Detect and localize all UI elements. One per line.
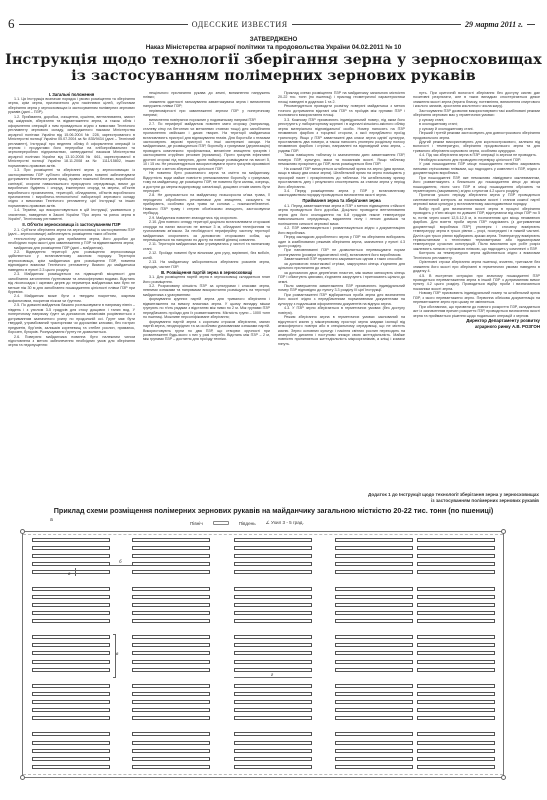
grain-sleeve [335, 692, 413, 696]
grain-sleeve [234, 546, 312, 550]
grain-sleeve [132, 570, 210, 574]
grain-sleeve [132, 749, 210, 753]
divider [19, 24, 188, 25]
grain-sleeve [32, 749, 110, 753]
dimension-label-v: в [68, 571, 70, 576]
grain-sleeve [234, 651, 312, 655]
paragraph: При наповнюванні ПЗР не дозволяється пер… [278, 248, 405, 257]
grain-sleeve [132, 765, 210, 769]
grain-sleeve [32, 595, 110, 599]
paragraph: При обставинах, що призвели до повного р… [413, 305, 540, 318]
paragraph: 2.3. Майданчик розміщується на підвищені… [8, 272, 135, 294]
paragraph: 2.8. Не допускається на майданчику низьк… [143, 193, 270, 215]
paragraph: Не повинно бути розсипаного зерна та смі… [143, 171, 270, 193]
grain-sleeve [234, 660, 312, 664]
grain-sleeve [32, 708, 110, 712]
grain-sleeve [32, 757, 110, 761]
paragraph: 1.4. Терміни, що використовуються в цій … [8, 208, 135, 221]
section-heading: Приймання зерна та зберігання зерна [278, 198, 405, 203]
article-body: І. Загальні положення 1.1. Ця Інструкція… [8, 91, 540, 494]
grain-sleeve [132, 684, 210, 688]
grain-sleeve [234, 635, 312, 639]
grain-sleeve [417, 562, 495, 566]
dimension-line-g [234, 677, 312, 678]
grain-sleeve [132, 538, 210, 542]
grain-sleeve [417, 554, 495, 558]
paragraph: 3.4. Перед розміщенням зерна у ПЗР у вст… [278, 189, 405, 198]
grain-sleeve [32, 562, 110, 566]
grain-sleeve [132, 692, 210, 696]
grain-sleeve [417, 570, 495, 574]
paragraph: 4.2. ПЗР завантажуються і розвантажуютьс… [278, 226, 405, 235]
fence-top [23, 534, 503, 535]
divider [527, 24, 535, 25]
grain-sleeve [32, 741, 110, 745]
appendix-line-2: із застосуванням полімерних зернових рук… [368, 498, 539, 504]
paragraph: нуть. При критичній вологості зберігання… [413, 91, 540, 109]
title-line-2: із застосуванням полімерних зернових рук… [0, 68, 547, 84]
fence-post-icon [501, 775, 506, 780]
paragraph: нещільного прилягання рукава до землі, в… [143, 91, 270, 100]
paragraph: 1.2. Приймання, доробка, очищення, сушін… [8, 115, 135, 168]
approved-label: ЗАТВЕРДЖЕНО [0, 36, 547, 43]
appendix-label: Додаток 1 до Інструкції щодо технології … [368, 492, 539, 504]
grain-sleeve [335, 562, 413, 566]
paragraph: Протягом усього періоду зберігання зерна… [413, 193, 540, 206]
divider [292, 24, 461, 25]
order-reference: Наказ Міністерства аграрної політики та … [0, 44, 547, 51]
grain-sleeve [234, 668, 312, 672]
grain-sleeve [335, 700, 413, 704]
paragraph: Перед закладкою доробленого зерна у ПЗР … [278, 235, 405, 248]
paragraph: нерівномірності при завантаженні зерном … [143, 109, 270, 118]
grain-sleeve [417, 538, 495, 542]
column-4: нуть. При критичній вологості зберігання… [413, 91, 540, 494]
grain-sleeve [335, 684, 413, 688]
grain-sleeve [335, 643, 413, 647]
paragraph: 4.1. Перед завантаженням зерна в ПЗР з м… [278, 204, 405, 226]
grain-sleeve [234, 562, 312, 566]
grain-sleeve [417, 595, 495, 599]
paragraph: 2.6. Поверхня майданчика повинна бути на… [8, 335, 135, 348]
paragraph: формування крупних партій зерна для трив… [143, 297, 270, 319]
grain-sleeve [234, 643, 312, 647]
grain-sleeve [132, 708, 210, 712]
legend-south: Південь [239, 521, 256, 526]
grain-sleeve [32, 651, 110, 655]
grain-sleeve [335, 546, 413, 550]
grain-sleeve [417, 611, 495, 615]
grain-sleeve [132, 732, 210, 736]
grain-sleeve [132, 651, 210, 655]
fence-bottom [23, 774, 503, 775]
grain-sleeve [32, 587, 110, 591]
paragraph: 2.10. Для повного огляду території доціл… [143, 220, 270, 242]
paragraph: 2.2. Відведення території для розміщення… [8, 250, 135, 272]
grain-sleeve [234, 684, 312, 688]
grain-sleeve [32, 660, 110, 664]
column-3: Приклад схеми розміщення ПЗР на майданчи… [278, 91, 405, 494]
paragraph: формування партій зерна з коротким строк… [143, 320, 270, 342]
grain-sleeve [234, 741, 312, 745]
paragraph: технологічну дільницю для приймання зерн… [8, 237, 135, 246]
dimension-line-b [110, 565, 132, 566]
grain-sleeve [335, 716, 413, 720]
section-heading: І. Загальні положення [8, 92, 135, 97]
paragraph: 4.5. В екстрених ситуаціях при значному … [413, 274, 540, 292]
grain-sleeve [132, 643, 210, 647]
grain-sleeve [417, 716, 495, 720]
paragraph: Вибір проб для визначення якості зерна в… [413, 207, 540, 252]
paragraph: Приклад схеми розміщення ПЗР на майданчи… [278, 91, 405, 104]
paragraph: Контроль за температурою зерна здійснюєт… [413, 251, 540, 260]
grain-sleeve [132, 668, 210, 672]
paragraph: 2.12. Проїзди повинні бути вільними для … [143, 251, 270, 260]
grain-sleeve [335, 732, 413, 736]
grain-sleeve [335, 749, 413, 753]
grain-sleeve [335, 668, 413, 672]
grain-sleeve [234, 603, 312, 607]
dimension-label-b: б [119, 559, 122, 564]
arrow-right-icon [213, 521, 229, 525]
grain-sleeve [335, 587, 413, 591]
paragraph: за допомогою пластикової стрічки, закруч… [278, 262, 405, 271]
grain-sleeve [335, 611, 413, 615]
paragraph: за допомогою двох дерев'яних пластин, мі… [278, 271, 405, 284]
paragraph: Орієнтовні строки зберігання зерна пшени… [413, 260, 540, 273]
grain-sleeve [335, 708, 413, 712]
grain-sleeve [417, 587, 495, 591]
paragraph: Також навішують табличку із зазначенням … [278, 153, 405, 166]
grain-sleeve [32, 716, 110, 720]
dimension-label-a: а [50, 517, 53, 523]
site-layout-diagram: б в в г [22, 531, 504, 778]
diagram-title: Приклад схеми розміщення полімерних зерн… [0, 506, 547, 515]
grain-sleeve [234, 708, 312, 712]
grain-sleeve [335, 570, 413, 574]
grain-sleeve [32, 700, 110, 704]
grain-sleeve [32, 732, 110, 736]
section-heading: ІІ. Об'єкти зерносховища із застосування… [8, 222, 135, 227]
grain-sleeve [417, 619, 495, 623]
grain-sleeve [32, 635, 110, 639]
grain-sleeve [335, 635, 413, 639]
grain-sleeve [32, 603, 110, 607]
grain-sleeve [132, 562, 210, 566]
grain-sleeve [132, 660, 210, 664]
paragraph: Рекомендується проводити розмітку поверх… [278, 104, 405, 117]
legend-slope: ∠ Ухил 3 - 5 град. [266, 520, 304, 526]
grain-sleeve [32, 546, 110, 550]
grain-sleeve [417, 651, 495, 655]
newspaper-name: ОДЕССКИЕ ИЗВЕСТИЯ [192, 20, 288, 29]
grain-sleeve [335, 765, 413, 769]
grain-sleeve [234, 554, 312, 558]
grain-sleeve [417, 741, 495, 745]
paragraph: На кожний ПЗР виписується штабельний ярл… [278, 167, 405, 189]
paragraph: Другий режим використовують для короткос… [413, 140, 540, 153]
grain-sleeve [234, 595, 312, 599]
grain-sleeve [234, 765, 312, 769]
grain-sleeve [417, 684, 495, 688]
grain-sleeve [132, 546, 210, 550]
grain-sleeve [234, 538, 312, 542]
grain-sleeve [417, 643, 495, 647]
paragraph: 2.5. По довжині майданчик бажано розташо… [8, 303, 135, 334]
paragraph: 2.4. Майданчик може бути з твердим покри… [8, 294, 135, 303]
grain-sleeve [417, 635, 495, 639]
grain-sleeve [132, 700, 210, 704]
grain-sleeve [234, 757, 312, 761]
grain-sleeve [417, 660, 495, 664]
grain-sleeve [32, 668, 110, 672]
paragraph: 4.3. У ПЗР зерно зберігається в герметич… [278, 306, 405, 315]
paragraph: зниження здатності гальмування завантажу… [143, 100, 270, 109]
grain-sleeve [32, 570, 110, 574]
grain-sleeve [335, 595, 413, 599]
grain-sleeve [132, 587, 210, 591]
dimension-line-v [75, 568, 76, 576]
grain-sleeve [335, 619, 413, 623]
paragraph: 2.13. На майданчику забороняється зберіг… [143, 260, 270, 269]
column-1: І. Загальні положення 1.1. Ця Інструкція… [8, 91, 135, 494]
paragraph: Перший і третій режими застосовують для … [413, 131, 540, 140]
fence-post-icon [20, 775, 25, 780]
grain-sleeve [417, 668, 495, 672]
paragraph: У разі пошкодження ПЗР місце пошкодження… [413, 162, 540, 175]
paragraph: 3.2. Розраховану кількість ПЗР за культу… [143, 284, 270, 297]
grain-sleeve [417, 603, 495, 607]
grain-sleeve [32, 611, 110, 615]
grain-sleeve [335, 757, 413, 761]
paragraph: Після завершення завантаження ПЗР присво… [278, 284, 405, 293]
grain-sleeve [234, 611, 312, 615]
grain-sleeve [32, 643, 110, 647]
grain-sleeve [32, 765, 110, 769]
grain-sleeve [335, 660, 413, 664]
paragraph: Новому ПЗР присвоюють індивідуальний ном… [413, 291, 540, 304]
paragraph: Застосування ПЗР дозволяє використовуват… [413, 109, 540, 118]
masthead: 6 ОДЕССКИЕ ИЗВЕСТИЯ 29 марта 2011 г. [8, 17, 539, 31]
grain-sleeve [132, 741, 210, 745]
paragraph: 1.1. Ця Інструкція визначає порядок і ум… [8, 97, 135, 115]
paragraph: 1.3. При розміщенні та зберіганні зерна … [8, 168, 135, 208]
grain-sleeve [335, 603, 413, 607]
grain-sleeve [132, 554, 210, 558]
page-number: 6 [8, 16, 15, 32]
paragraph: 3.3. Кожному ПЗР присвоюють індивідуальн… [278, 118, 405, 154]
grain-sleeve [234, 732, 312, 736]
grain-sleeve [335, 741, 413, 745]
grain-sleeve [234, 716, 312, 720]
grain-sleeve [132, 635, 210, 639]
paragraph: При розвантаженні ПЗР відбирається проба… [278, 293, 405, 306]
grain-sleeve [132, 619, 210, 623]
grain-sleeve [132, 757, 210, 761]
fence-post-icon [20, 529, 25, 534]
grain-sleeve [234, 749, 312, 753]
grain-sleeve [234, 570, 312, 574]
grain-sleeve [234, 692, 312, 696]
grain-sleeve [234, 700, 312, 704]
page-title: Інструкція щодо технології зберігання зе… [0, 52, 547, 84]
title-line-1: Інструкція щодо технології зберігання зе… [0, 52, 547, 68]
issue-date: 29 марта 2011 г. [465, 20, 523, 29]
dimension-line-v2 [113, 634, 116, 678]
paragraph: Режим зберігання зерна в герметичних умо… [278, 315, 405, 346]
grain-sleeve [132, 603, 210, 607]
grain-sleeve [417, 546, 495, 550]
legend-north: Північ [190, 521, 203, 526]
grain-sleeve [417, 749, 495, 753]
paragraph: 3.1. Для розміщення партій зерна в зерно… [143, 275, 270, 284]
grain-sleeve [417, 692, 495, 696]
grain-sleeve [417, 732, 495, 736]
grain-sleeve [417, 765, 495, 769]
paragraph: 2.1. Суб'єкти зберігання зерна на зернос… [8, 228, 135, 237]
grain-sleeve [32, 692, 110, 696]
paragraph: 2.11. Територія майданчика має утримуват… [143, 242, 270, 251]
grain-sleeve [234, 587, 312, 591]
grain-sleeve [417, 757, 495, 761]
dimension-label-g: г [271, 672, 273, 677]
grain-sleeve [32, 538, 110, 542]
grain-sleeve [132, 595, 210, 599]
grain-sleeve [132, 611, 210, 615]
paragraph: 2.7. По периферії майданчик повинен мати… [143, 122, 270, 171]
paragraph: При пошкодженні ПЗР, яке неможливо лікві… [413, 176, 540, 194]
grain-sleeve [32, 619, 110, 623]
grain-sleeve [32, 684, 110, 688]
grain-sleeve [417, 700, 495, 704]
signature-line-2: аграрного ринку А.В. РОЗГОН [413, 324, 540, 329]
grain-sleeve [335, 554, 413, 558]
fence-post-icon [501, 529, 506, 534]
diagram-legend: Північ Південь ∠ Ухил 3 - 5 град. [190, 520, 304, 526]
grain-sleeve [32, 554, 110, 558]
grain-sleeve [234, 619, 312, 623]
grain-sleeve [335, 538, 413, 542]
grain-sleeve [335, 651, 413, 655]
grain-sleeve [417, 708, 495, 712]
section-heading: ІІІ. Розміщення партій зерна в зерносхов… [143, 270, 270, 275]
dimension-label-v2: в [116, 651, 118, 656]
column-2: нещільного прилягання рукава до землі, в… [143, 91, 270, 494]
grain-sleeve [132, 716, 210, 720]
